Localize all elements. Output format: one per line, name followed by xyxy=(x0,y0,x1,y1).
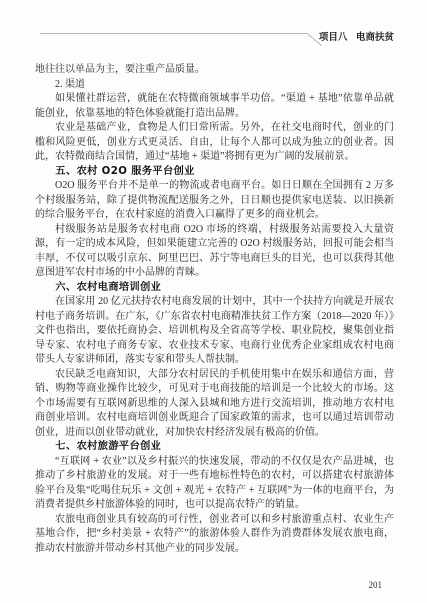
section-heading-ecommerce-training: 六、农村电商培训创业 xyxy=(35,281,394,296)
paragraph: 农旅电商创业具有较高的可行性，创业者可以和乡村旅游重点村、农业生产基地合作，把“… xyxy=(35,513,394,557)
paragraph-continued: 地往往以单品为主，要注重产品质量。 xyxy=(35,63,394,78)
section-heading-o2o-platform: 五、农村 O2O 服务平台创业 xyxy=(35,165,394,180)
page-number: 201 xyxy=(369,580,383,591)
list-item-channel: 2. 渠道 xyxy=(35,78,394,93)
paragraph: 村级服务站是服务农村电商 O2O 市场的终端，村级服务站需要投入大量资源，有一定… xyxy=(35,223,394,281)
paragraph: 农民缺乏电商知识，大部分农村居民的手机使用集中在娱乐和通信方面，营销、购物等商业… xyxy=(35,368,394,441)
running-header: 项目八电商扶贫 xyxy=(319,31,394,44)
chapter-label: 项目八 xyxy=(319,32,348,43)
book-page: 项目八电商扶贫 地往往以单品为主，要注重产品质量。 2. 渠道 如果懂社群运营，… xyxy=(0,0,427,603)
page-body: 地往往以单品为主，要注重产品质量。 2. 渠道 如果懂社群运营，就能在农特微商领… xyxy=(35,63,394,556)
paragraph: 农业是基础产业，食物是人们日常所需。另外，在社交电商时代，创业的门槛和风险更低，… xyxy=(35,121,394,165)
chapter-title: 电商扶贫 xyxy=(356,32,394,43)
paragraph: O2O 服务平台并不是单一的物流或者电商平台。如日日顺在全国拥有 2 万多个村级… xyxy=(35,179,394,223)
paragraph: 如果懂社群运营，就能在农特微商领域事半功倍。“渠道 + 基地”依靠单品就能创业，… xyxy=(35,92,394,121)
section-heading-rural-tourism: 七、农村旅游平台创业 xyxy=(35,440,394,455)
paragraph: “互联网 + 农业”以及乡村振兴的快速发展，带动的不仅仅是农产品进城，也推动了乡… xyxy=(35,455,394,513)
paragraph: 在国家用 20 亿元扶持农村电商发展的计划中，其中一个扶持方向就是开展农村电子商… xyxy=(35,295,394,368)
